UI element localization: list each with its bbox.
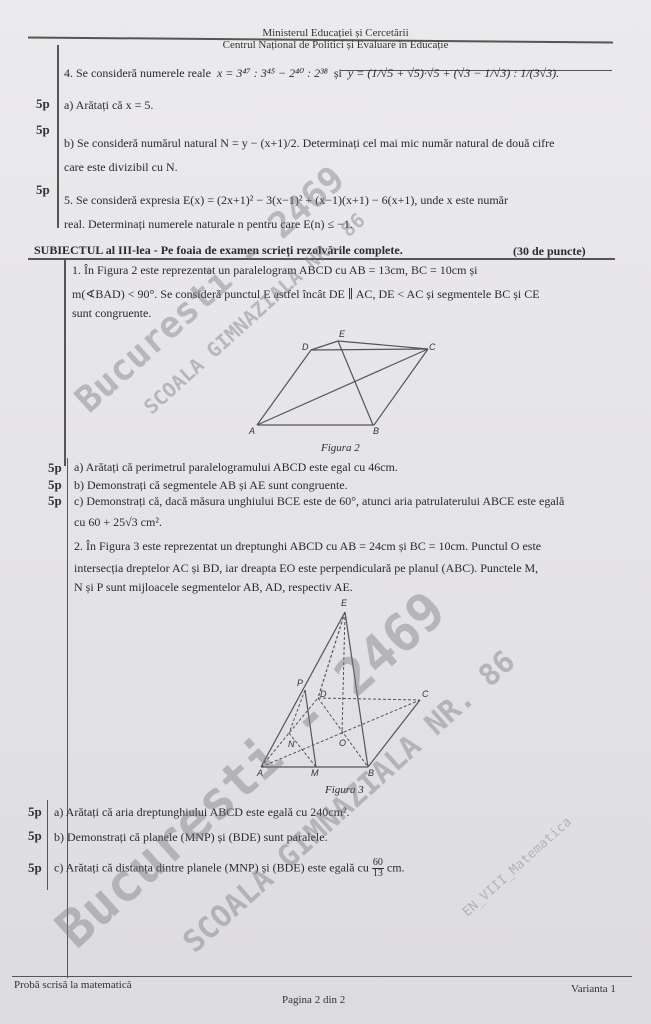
margin-rule-bottom [47, 800, 48, 890]
fig3-label-A: A [256, 768, 263, 778]
s3q2a-points: 5p [28, 804, 42, 820]
fig3-label-B: B [368, 768, 374, 778]
s3q2b-points: 5p [28, 828, 42, 844]
fig3-label-N: N [288, 739, 295, 749]
fig3-label-E: E [341, 598, 348, 608]
figure-3-caption: Figura 3 [325, 784, 364, 796]
s3q2c-points: 5p [28, 860, 42, 876]
fig3-label-M: M [311, 768, 319, 778]
fig3-label-O: O [339, 738, 346, 748]
footer-left: Probă scrisă la matematică [14, 979, 132, 991]
s3q2c-text: c) Arătați că distanța dintre planele (M… [54, 858, 405, 879]
fig3-label-C: C [422, 689, 429, 699]
footer-right: Varianta 1 [571, 983, 616, 995]
s3q2b-text: b) Demonstrați că planele (MNP) și (BDE)… [54, 830, 328, 844]
footer-center: Pagina 2 din 2 [282, 994, 345, 1006]
distance-fraction: 60 13 [372, 858, 384, 879]
exam-page: Ministerul Educației și Cercetării Centr… [0, 0, 651, 1024]
fig3-label-P: P [297, 678, 303, 688]
footer-rule [12, 976, 632, 977]
fig3-label-D: D [320, 689, 327, 699]
s3q2a-text: a) Arătați că aria dreptunghiului ABCD e… [54, 805, 350, 819]
